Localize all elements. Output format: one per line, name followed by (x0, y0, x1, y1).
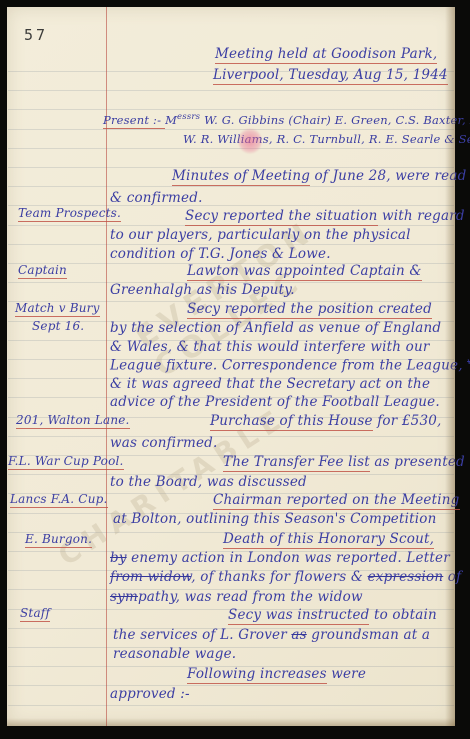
handwritten-text: League fixture. Correspondence from the … (110, 358, 467, 374)
body-line: Greenhalgh as his Deputy. (110, 282, 295, 298)
ruled-line (8, 244, 454, 245)
handwritten-text: & confirmed. (110, 190, 203, 206)
body-line: & it was agreed that the Secretary act o… (110, 376, 430, 392)
body-line: League fixture. Correspondence from the … (110, 357, 470, 374)
present-line-2: W. R. Williams, R. C. Turnbull, R. E. Se… (183, 132, 470, 146)
handwritten-text: to obtain (369, 607, 436, 623)
red-underlined-text: Secy reported the position created (187, 301, 432, 319)
handwritten-text: W. G. Gibbins (Chair) E. Green, C.S. Bax… (200, 113, 470, 127)
red-underlined-text: F.L. War Cup Pool. (8, 454, 124, 470)
body-line: the services of L. Grover as groundsman … (113, 627, 430, 643)
handwritten-text: & Wales, & that this would interfere wit… (110, 339, 430, 355)
handwritten-text: M (165, 113, 177, 127)
ruled-line (8, 109, 454, 110)
handwritten-text: & it was agreed that the Secretary act o… (110, 376, 430, 392)
body-line: Secy reported the position created (187, 301, 432, 317)
handwritten-text: essrs (177, 112, 200, 122)
page-edge-right (445, 7, 455, 726)
ruled-line (8, 129, 454, 130)
red-underlined-text: E. Burgon. (25, 532, 92, 548)
body-line: by the selection of Anfield as venue of … (110, 320, 441, 336)
ruled-line (8, 685, 454, 686)
red-underlined-text: Death of this Honorary Scout, (223, 531, 434, 549)
body-line: & confirmed. (110, 190, 203, 206)
body-line: reasonable wage. (113, 646, 236, 662)
struck-text: from widow (110, 569, 191, 585)
body-line: The Transfer Fee list as presented (223, 454, 465, 470)
body-line: Purchase of this House for £530, (210, 413, 442, 429)
red-underlined-text: Minutes of Meeting (172, 168, 310, 186)
handwritten-text: to the Board, was discussed (110, 474, 307, 490)
red-underlined-text: Captain (18, 263, 67, 279)
margin-note-staff: Staff (20, 606, 50, 620)
body-line: Lawton was appointed Captain & (187, 263, 422, 279)
ruled-line (8, 148, 454, 149)
red-underlined-text: Meeting held at Goodison Park, (215, 46, 437, 64)
body-line: Secy was instructed to obtain (228, 607, 437, 623)
margin-note-team-prospects: Team Prospects. (18, 206, 121, 220)
body-line: condition of T.G. Jones & Lowe. (110, 246, 331, 262)
red-underlined-text: Following increases (187, 666, 327, 684)
red-underlined-text: Lawton was appointed Captain & (187, 263, 422, 281)
body-line: sympathy, was read from the widow (110, 589, 363, 605)
red-underlined-text: Chairman reported on the Meeting (213, 492, 460, 510)
handwritten-text: W. R. Williams, R. C. Turnbull, R. E. Se… (183, 132, 470, 146)
handwritten-text: condition of T.G. Jones & Lowe. (110, 246, 331, 262)
margin-note-fl-war-cup-pool: F.L. War Cup Pool. (8, 454, 124, 468)
struck-text: sym (110, 589, 138, 605)
handwritten-text: Greenhalgh as his Deputy. (110, 282, 295, 298)
handwritten-text: advice of the President of the Football … (110, 394, 440, 410)
ruled-line (8, 90, 454, 91)
red-underlined-text: Liverpool, Tuesday, Aug 15, 1944 (213, 67, 448, 85)
margin-note-e-burgon: E. Burgon. (25, 532, 92, 546)
ruled-line (8, 436, 454, 437)
body-line: Death of this Honorary Scout, (223, 531, 434, 547)
body-line: approved :- (110, 686, 190, 702)
red-underlined-text: The Transfer Fee list (223, 454, 370, 472)
handwritten-text: pathy, was read from the widow (138, 589, 363, 605)
struck-text: expression (368, 569, 444, 585)
handwritten-text: the services of L. Grover (113, 627, 291, 643)
body-line: to the Board, was discussed (110, 474, 307, 490)
body-line: from widow, of thanks for flowers & expr… (110, 569, 461, 585)
handwritten-text: of June 28, were read (310, 168, 466, 184)
body-line: Minutes of Meeting of June 28, were read (172, 168, 466, 184)
red-underlined-text: Secy was instructed (228, 607, 369, 625)
body-line: was confirmed. (110, 435, 218, 451)
red-underlined-text: Secy reported the situation (185, 208, 378, 226)
body-line: Chairman reported on the Meeting (213, 492, 460, 508)
handwritten-text: reasonable wage. (113, 646, 236, 662)
handwritten-text: at Bolton, outlining this Season's Compe… (113, 511, 437, 527)
margin-note-sept-16: Sept 16. (32, 319, 84, 333)
struck-text: by (110, 550, 127, 566)
heading-line-2: Liverpool, Tuesday, Aug 15, 1944 (213, 67, 448, 83)
red-underlined-text: Staff (20, 606, 50, 622)
handwritten-text: Sept 16. (32, 319, 84, 333)
margin-note-match-v-bury: Match v Bury (15, 301, 100, 315)
red-underlined-text: 201, Walton Lane. (16, 413, 130, 429)
body-line: & Wales, & that this would interfere wit… (110, 339, 430, 355)
handwritten-text: , of thanks for flowers & (191, 569, 367, 585)
handwritten-text: was confirmed. (110, 435, 218, 451)
body-line: at Bolton, outlining this Season's Compe… (113, 511, 437, 527)
page-edge-bottom (7, 718, 455, 726)
handwritten-text: to our players, particularly on the phys… (110, 227, 411, 243)
minute-book-scan: EVERTON COLLEC CHARITABLE 57 Meeting hel… (0, 0, 470, 739)
ruled-line (8, 705, 454, 706)
body-line: advice of the President of the Football … (110, 394, 440, 410)
page-number: 57 (24, 26, 48, 44)
handwritten-text: enemy action in London was reported. Let… (127, 550, 450, 566)
margin-note-lancs-fa-cup: Lancs F.A. Cup. (10, 492, 108, 506)
ruled-line (8, 186, 454, 187)
red-underlined-text: Lancs F.A. Cup. (10, 492, 108, 508)
handwritten-text: groundsman at a (307, 627, 430, 643)
margin-note-walton-lane: 201, Walton Lane. (16, 413, 130, 427)
pink-ink-blot (238, 128, 262, 154)
red-underlined-text: Purchase of this House (210, 413, 373, 431)
red-underlined-text: Present :- (103, 113, 165, 129)
present-line-1: Present :- Messrs W. G. Gibbins (Chair) … (103, 112, 470, 127)
body-line: to our players, particularly on the phys… (110, 227, 411, 243)
body-line: Secy reported the situation with regard (185, 208, 465, 224)
body-line: Following increases were (187, 666, 366, 682)
heading-line-1: Meeting held at Goodison Park, (215, 46, 437, 62)
handwritten-text: approved :- (110, 686, 190, 702)
struck-text: as (291, 627, 306, 643)
margin-note-captain: Captain (18, 263, 67, 277)
body-line: by enemy action in London was reported. … (110, 550, 450, 566)
handwritten-text: were (327, 666, 366, 682)
handwritten-text: for £530, (373, 413, 442, 429)
handwritten-text: by the selection of Anfield as venue of … (110, 320, 441, 336)
red-underlined-text: Match v Bury (15, 301, 100, 317)
red-underlined-text: Team Prospects. (18, 206, 121, 222)
